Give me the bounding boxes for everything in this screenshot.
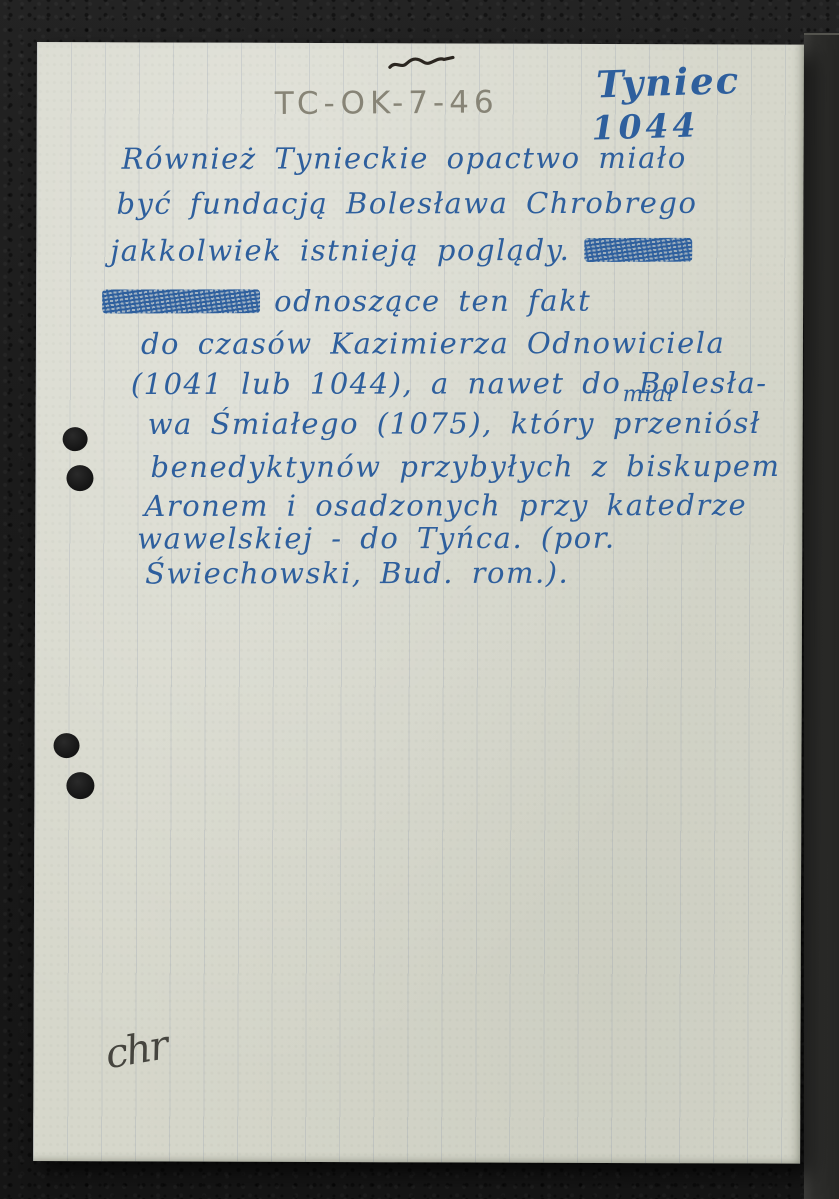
crossed-out-word [102,289,260,313]
interlinear-insertion: miał [623,382,675,407]
note-body: Również Tynieckie opactwo miało być fund… [37,42,804,45]
scanned-photo-background: TC-OK-7-46 Tyniec 1044 Również Tynieckie… [0,0,839,1199]
note-line: jakkolwiek istnieją poglądy. [110,233,692,268]
crossed-out-word [584,238,692,262]
note-line: Świechowski, Bud. rom.). [145,556,569,591]
note-line: być fundacją Bolesława Chrobrego [116,186,697,221]
punch-hole [63,427,88,451]
corner-note-place: Tyniec [595,58,740,107]
note-line: do czasów Kazimierza Odnowiciela [141,326,725,361]
note-line: Aronem i osadzonych przy katedrze [144,488,747,523]
squiggle-mark-icon [387,51,459,75]
note-line: wawelskiej - do Tyńca. (por. [137,521,615,556]
note-line: Również Tynieckie opactwo miało [122,141,687,176]
punch-hole [54,733,80,758]
pencil-initials-mark: chr [102,1022,170,1078]
handwritten-note-page: TC-OK-7-46 Tyniec 1044 Również Tynieckie… [33,42,804,1164]
note-line-with-insertion: wa Śmiałego (1075), który miał przeniósł [148,406,761,441]
punch-hole [66,772,94,799]
archive-reference-code: TC-OK-7-46 [275,84,499,122]
desk-mat-edge [804,33,839,1199]
punch-hole [66,465,93,491]
note-line: benedyktynów przybyłych z biskupem [150,449,780,484]
corner-note: Tyniec 1044 [595,58,742,147]
note-line: odnoszące ten fakt [102,284,591,319]
